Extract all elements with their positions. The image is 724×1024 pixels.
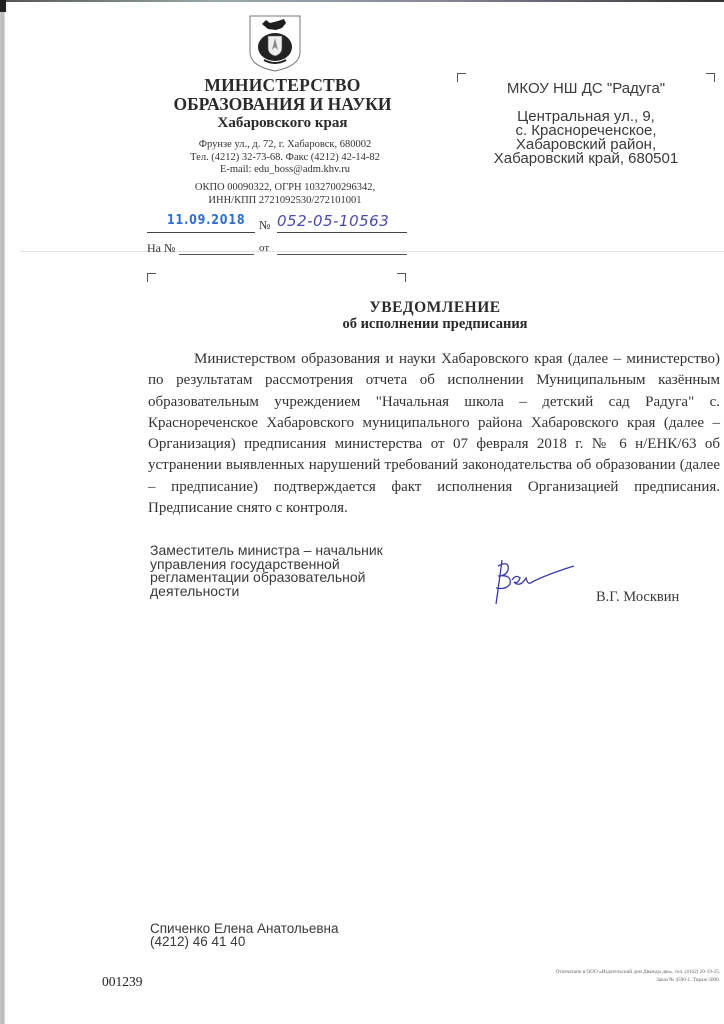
address-corner-mark — [706, 73, 715, 82]
outgoing-number: 052-05-10563 — [277, 212, 389, 230]
field-corner-mark — [147, 273, 156, 282]
document-body: Министерством образования и науки Хабаро… — [148, 349, 720, 519]
field-corner-mark — [397, 273, 406, 282]
document-title: УВЕДОМЛЕНИЕ — [300, 300, 570, 316]
signer-position: Заместитель министра – начальник управле… — [150, 544, 430, 598]
reply-reference-row: На № от — [147, 241, 409, 259]
sender-email: E-mail: edu_boss@adm.khv.ru — [160, 164, 410, 177]
okpo-ogrn: ОКПО 00090322, ОГРН 1032700296342, — [160, 182, 410, 195]
from-label: от — [259, 242, 269, 254]
from-field — [277, 254, 407, 255]
ministry-name-line2: ОБРАЗОВАНИЯ И НАУКИ — [150, 95, 415, 114]
executor-phone: (4212) 46 41 40 — [150, 935, 339, 948]
ministry-name-line1: МИНИСТЕРСТВО — [150, 76, 415, 95]
sender-codes: ОКПО 00090322, ОГРН 1032700296342, ИНН/К… — [160, 182, 410, 207]
signer-position-line: деятельности — [150, 585, 430, 599]
date-stamp: 11.09.2018 — [167, 213, 245, 228]
executor-block: Спиченко Елена Анатольевна (4212) 46 41 … — [150, 922, 339, 948]
inn-kpp: ИНН/КПП 2721092530/272101001 — [160, 195, 410, 208]
scan-edge-top — [0, 0, 724, 2]
reply-to-label: На № — [147, 241, 175, 256]
sender-contacts: Фрунзе ул., д. 72, г. Хабаровск, 680002 … — [160, 139, 410, 177]
reply-to-field — [179, 254, 254, 255]
khabarovsk-coat-of-arms-bear-icon — [248, 14, 302, 72]
form-serial-number: 001239 — [102, 974, 143, 990]
scan-edge-corner — [0, 0, 6, 12]
recipient-address: Центральная ул., 9, с. Краснореченское, … — [476, 110, 696, 166]
address-corner-mark — [457, 73, 466, 82]
printer-imprint-line: Заказ № 4590-1. Тираж 5000. — [505, 976, 720, 984]
printer-imprint: Отпечатано в ООО «Издательский дом Дважд… — [505, 968, 720, 984]
printer-imprint-line: Отпечатано в ООО «Издательский дом Дважд… — [505, 968, 720, 976]
sender-ministry-name: МИНИСТЕРСТВО ОБРАЗОВАНИЯ И НАУКИ Хабаров… — [150, 76, 415, 132]
date-underline — [147, 232, 255, 233]
sender-phone-fax: Тел. (4212) 32-73-68. Факс (4212) 42-14-… — [160, 152, 410, 165]
registration-row: 11.09.2018 № 052-05-10563 — [147, 210, 407, 234]
sender-address: Фрунзе ул., д. 72, г. Хабаровск, 680002 — [160, 139, 410, 152]
number-sign: № — [259, 218, 270, 233]
recipient-block: МКОУ НШ ДС "Радуга" Центральная ул., 9, … — [476, 80, 696, 166]
document-subtitle: об исполнении предписания — [300, 316, 570, 332]
signer-name: В.Г. Москвин — [596, 589, 679, 606]
handwritten-signature-icon — [488, 556, 588, 612]
number-underline — [277, 232, 407, 233]
recipient-name: МКОУ НШ ДС "Радуга" — [476, 80, 696, 98]
ministry-region: Хабаровского края — [150, 114, 415, 132]
recipient-address-line: Хабаровский край, 680501 — [476, 152, 696, 166]
scan-edge-left — [0, 0, 5, 1024]
document-title-block: УВЕДОМЛЕНИЕ об исполнении предписания — [300, 300, 570, 332]
